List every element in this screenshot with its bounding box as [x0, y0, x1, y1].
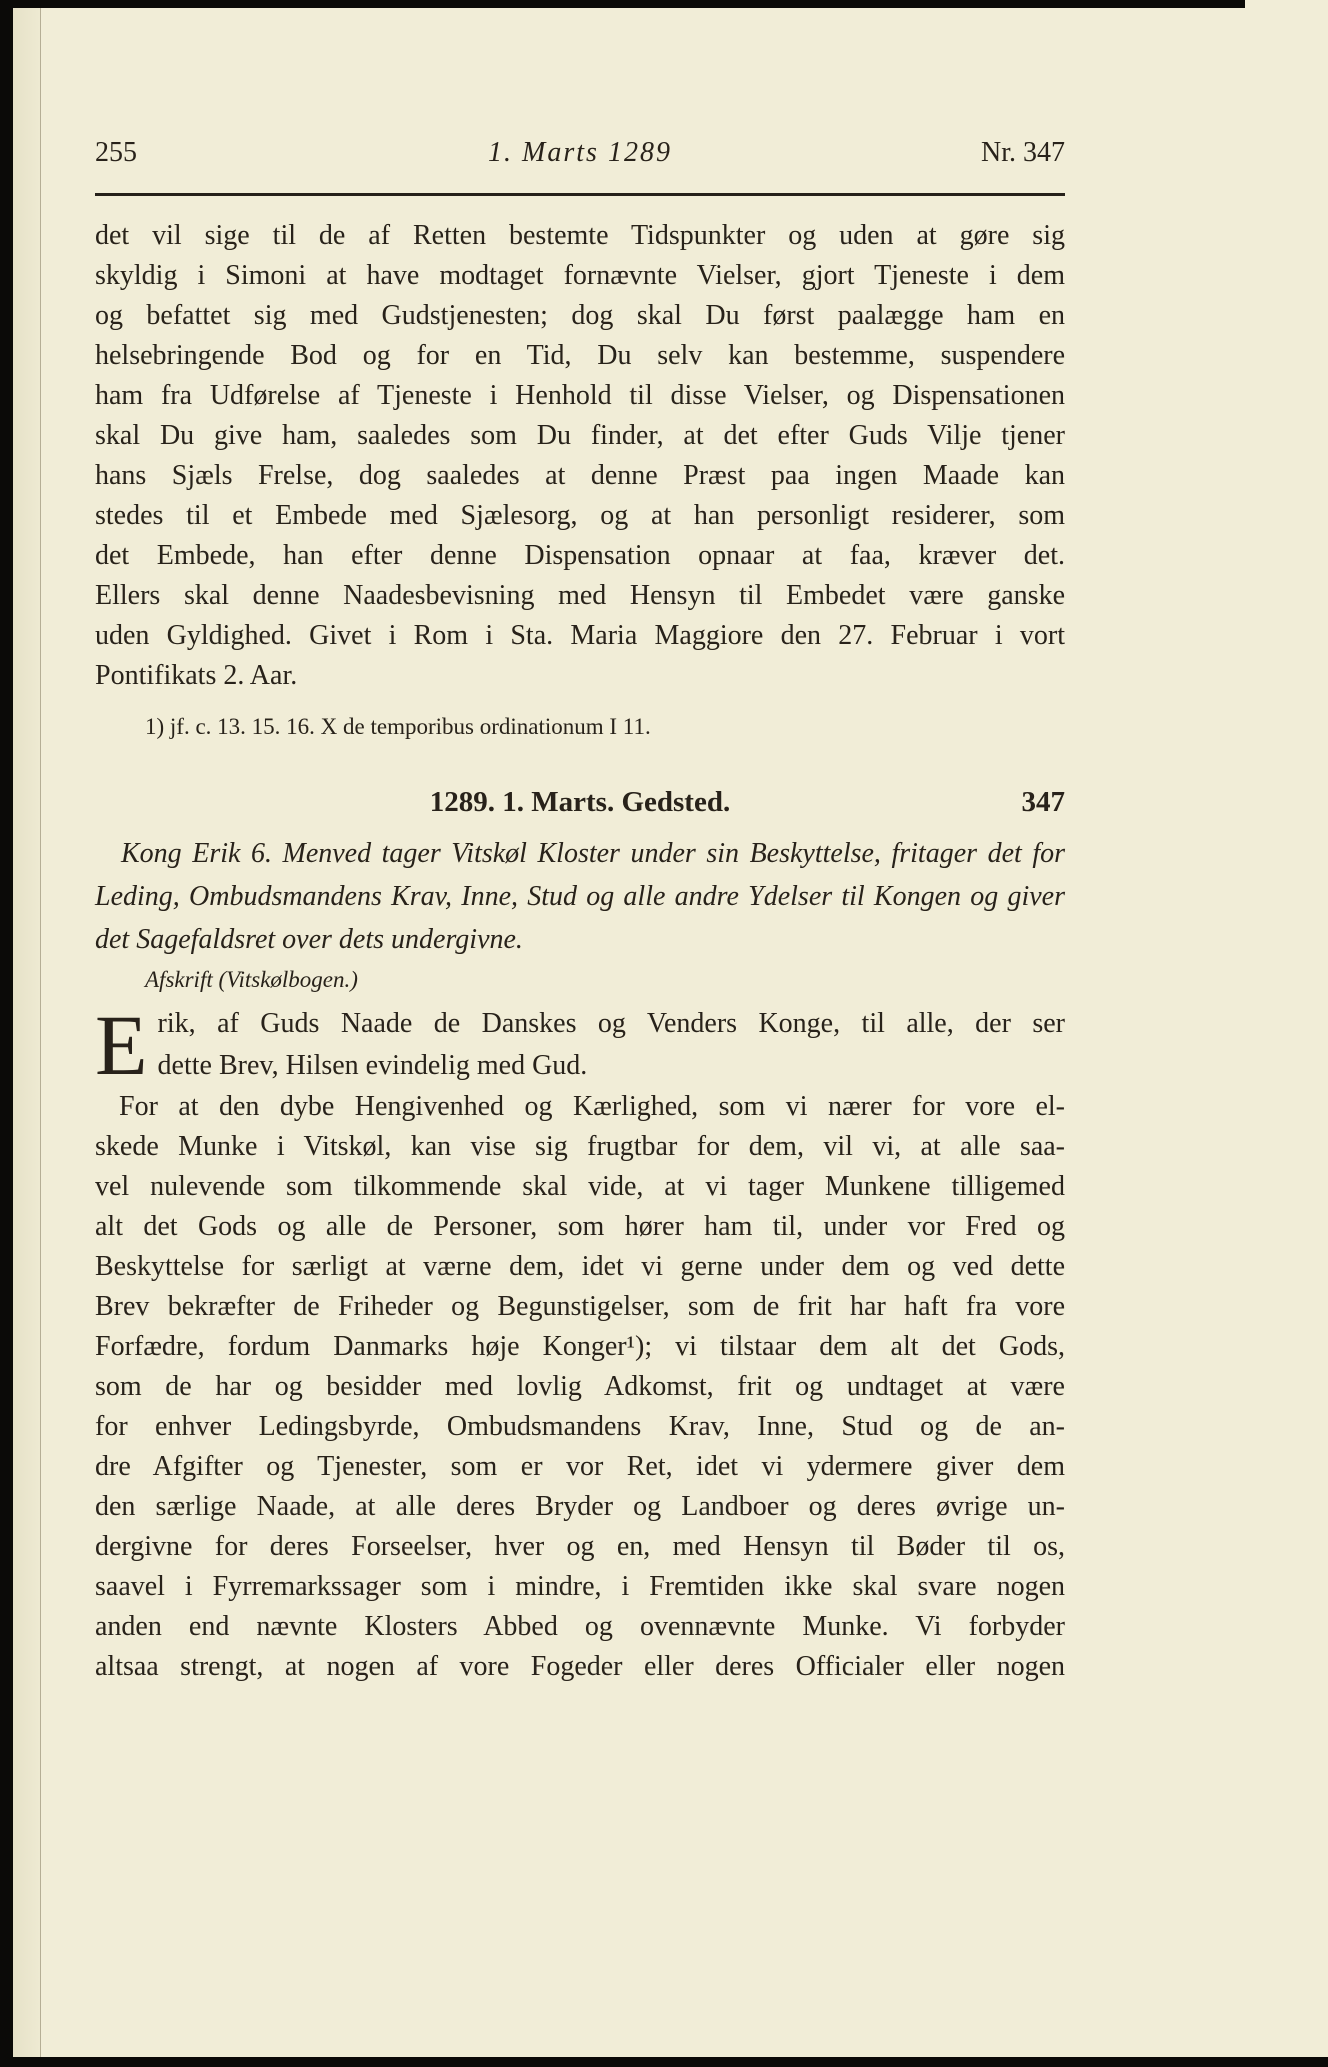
- text-line: Pontifikats 2. Aar.: [95, 656, 1065, 696]
- text-line: altsaa strengt, at nogen af vore Fogeder…: [95, 1647, 1065, 1687]
- drop-cap: E: [95, 1003, 158, 1081]
- page-scan: 255 1. Marts 1289 Nr. 347 det vil sige t…: [13, 8, 1328, 2057]
- text-line: uden Gyldighed. Givet i Rom i Sta. Maria…: [95, 616, 1065, 656]
- page-number: 255: [95, 135, 225, 171]
- document-number-label: Nr. 347: [935, 135, 1065, 171]
- summary-line: Leding, Ombudsmandens Krav, Inne, Stud o…: [95, 875, 1065, 918]
- text-line: helsebringende Bod og for en Tid, Du sel…: [95, 336, 1065, 376]
- text-line: vel nulevende som tilkommende skal vide,…: [95, 1167, 1065, 1207]
- text-line: det Embede, han efter denne Dispensation…: [95, 536, 1065, 576]
- text-line: skyldig i Simoni at have modtaget fornæv…: [95, 256, 1065, 296]
- text-line: anden end nævnte Klosters Abbed og ovenn…: [95, 1607, 1065, 1647]
- page-edge-shadow: [13, 8, 41, 2057]
- text-line: det vil sige til de af Retten bestemte T…: [95, 216, 1065, 256]
- header-rule: [95, 193, 1065, 196]
- footnote: 1) jf. c. 13. 15. 16. X de temporibus or…: [95, 712, 1065, 742]
- text-line: Ellers skal denne Naadesbevisning med He…: [95, 576, 1065, 616]
- summary-line: Kong Erik 6. Menved tager Vitskøl Kloste…: [95, 832, 1065, 875]
- text-line: den særlige Naade, at alle deres Bryder …: [95, 1487, 1065, 1527]
- text-line: dre Afgifter og Tjenester, som er vor Re…: [95, 1447, 1065, 1487]
- text-line: og befattet sig med Gudstjenesten; dog s…: [95, 296, 1065, 336]
- text-line: ham fra Udførelse af Tjeneste i Henhold …: [95, 376, 1065, 416]
- text-line: saavel i Fyrremarkssager som i mindre, i…: [95, 1567, 1065, 1607]
- scan-corner: [1245, 0, 1328, 8]
- text-line: dette Brev, Hilsen evindelig med Gud.: [95, 1045, 1065, 1087]
- text-line: stedes til et Embede med Sjælesorg, og a…: [95, 496, 1065, 536]
- scanned-book-page: { "colors": { "page_background": "#f1edd…: [0, 0, 1328, 2067]
- document-body: For at den dybe Hengivenhed og Kærlighed…: [95, 1087, 1065, 1687]
- text-line: skede Munke i Vitskøl, kan vise sig frug…: [95, 1127, 1065, 1167]
- text-block: 255 1. Marts 1289 Nr. 347 det vil sige t…: [95, 135, 1065, 1687]
- text-line: Beskyttelse for særligt at værne dem, id…: [95, 1247, 1065, 1287]
- document-heading-date: 1289. 1. Marts. Gedsted.: [430, 786, 730, 818]
- running-title: 1. Marts 1289: [225, 135, 935, 171]
- previous-document-body: det vil sige til de af Retten bestemte T…: [95, 216, 1065, 696]
- text-line: som de har og besidder med lovlig Adkoms…: [95, 1367, 1065, 1407]
- text-line: For at den dybe Hengivenhed og Kærlighed…: [95, 1087, 1065, 1127]
- text-line: dergivne for deres Forseelser, hver og e…: [95, 1527, 1065, 1567]
- text-line: alt det Gods og alle de Personer, som hø…: [95, 1207, 1065, 1247]
- document-heading-number: 347: [1022, 784, 1066, 820]
- source-note: Afskrift (Vitskølbogen.): [95, 965, 1065, 995]
- salutation: E rik, af Guds Naade de Danskes og Vende…: [95, 1003, 1065, 1087]
- document-heading: 1289. 1. Marts. Gedsted. 347: [95, 784, 1065, 820]
- salutation-lines: rik, af Guds Naade de Danskes og Venders…: [95, 1003, 1065, 1087]
- text-line: hans Sjæls Frelse, dog saaledes at denne…: [95, 456, 1065, 496]
- text-line: for enhver Ledingsbyrde, Ombudsmandens K…: [95, 1407, 1065, 1447]
- summary-line: det Sagefaldsret over dets undergivne.: [95, 918, 1065, 961]
- page-header: 255 1. Marts 1289 Nr. 347: [95, 135, 1065, 171]
- text-line: Brev bekræfter de Friheder og Begunstige…: [95, 1287, 1065, 1327]
- text-line: skal Du give ham, saaledes som Du finder…: [95, 416, 1065, 456]
- document-summary: Kong Erik 6. Menved tager Vitskøl Kloste…: [95, 832, 1065, 961]
- text-line: Forfædre, fordum Danmarks høje Konger¹);…: [95, 1327, 1065, 1367]
- text-line: rik, af Guds Naade de Danskes og Venders…: [95, 1003, 1065, 1045]
